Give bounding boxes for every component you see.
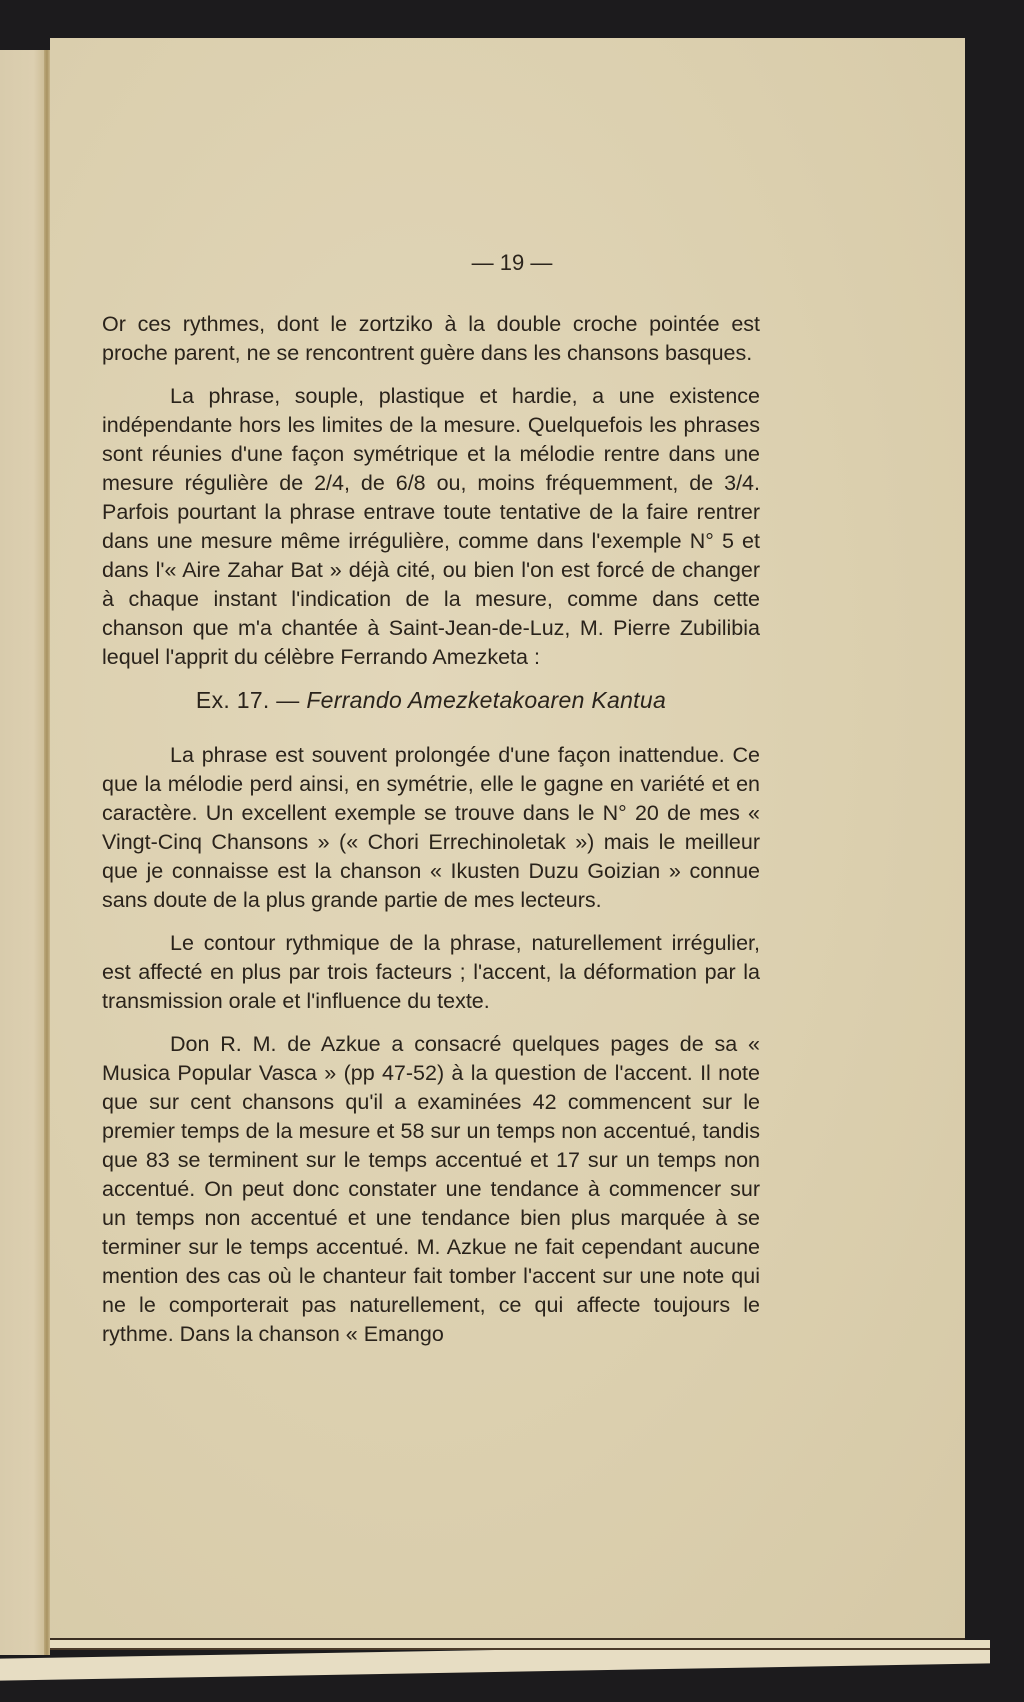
example-title: Ferrando Amezketakoaren Kantua: [306, 687, 666, 713]
paragraph: Le contour rythmique de la phrase, natur…: [102, 929, 760, 1016]
paragraph: La phrase est souvent prolongée d'une fa…: [102, 741, 760, 915]
facing-page-edge: [0, 50, 48, 1655]
page-body: Or ces rythmes, dont le zortziko à la do…: [102, 310, 760, 1363]
page-number: — 19 —: [0, 250, 1024, 276]
example-label: Ex. 17. —: [196, 687, 300, 713]
paragraph: Don R. M. de Azkue a consacré quelques p…: [102, 1030, 760, 1349]
page-stack-edge: [50, 1640, 990, 1650]
paragraph: Or ces rythmes, dont le zortziko à la do…: [102, 310, 760, 368]
paragraph: La phrase, souple, plastique et hardie, …: [102, 382, 760, 672]
example-heading: Ex. 17. — Ferrando Amezketakoaren Kantua: [102, 686, 760, 715]
